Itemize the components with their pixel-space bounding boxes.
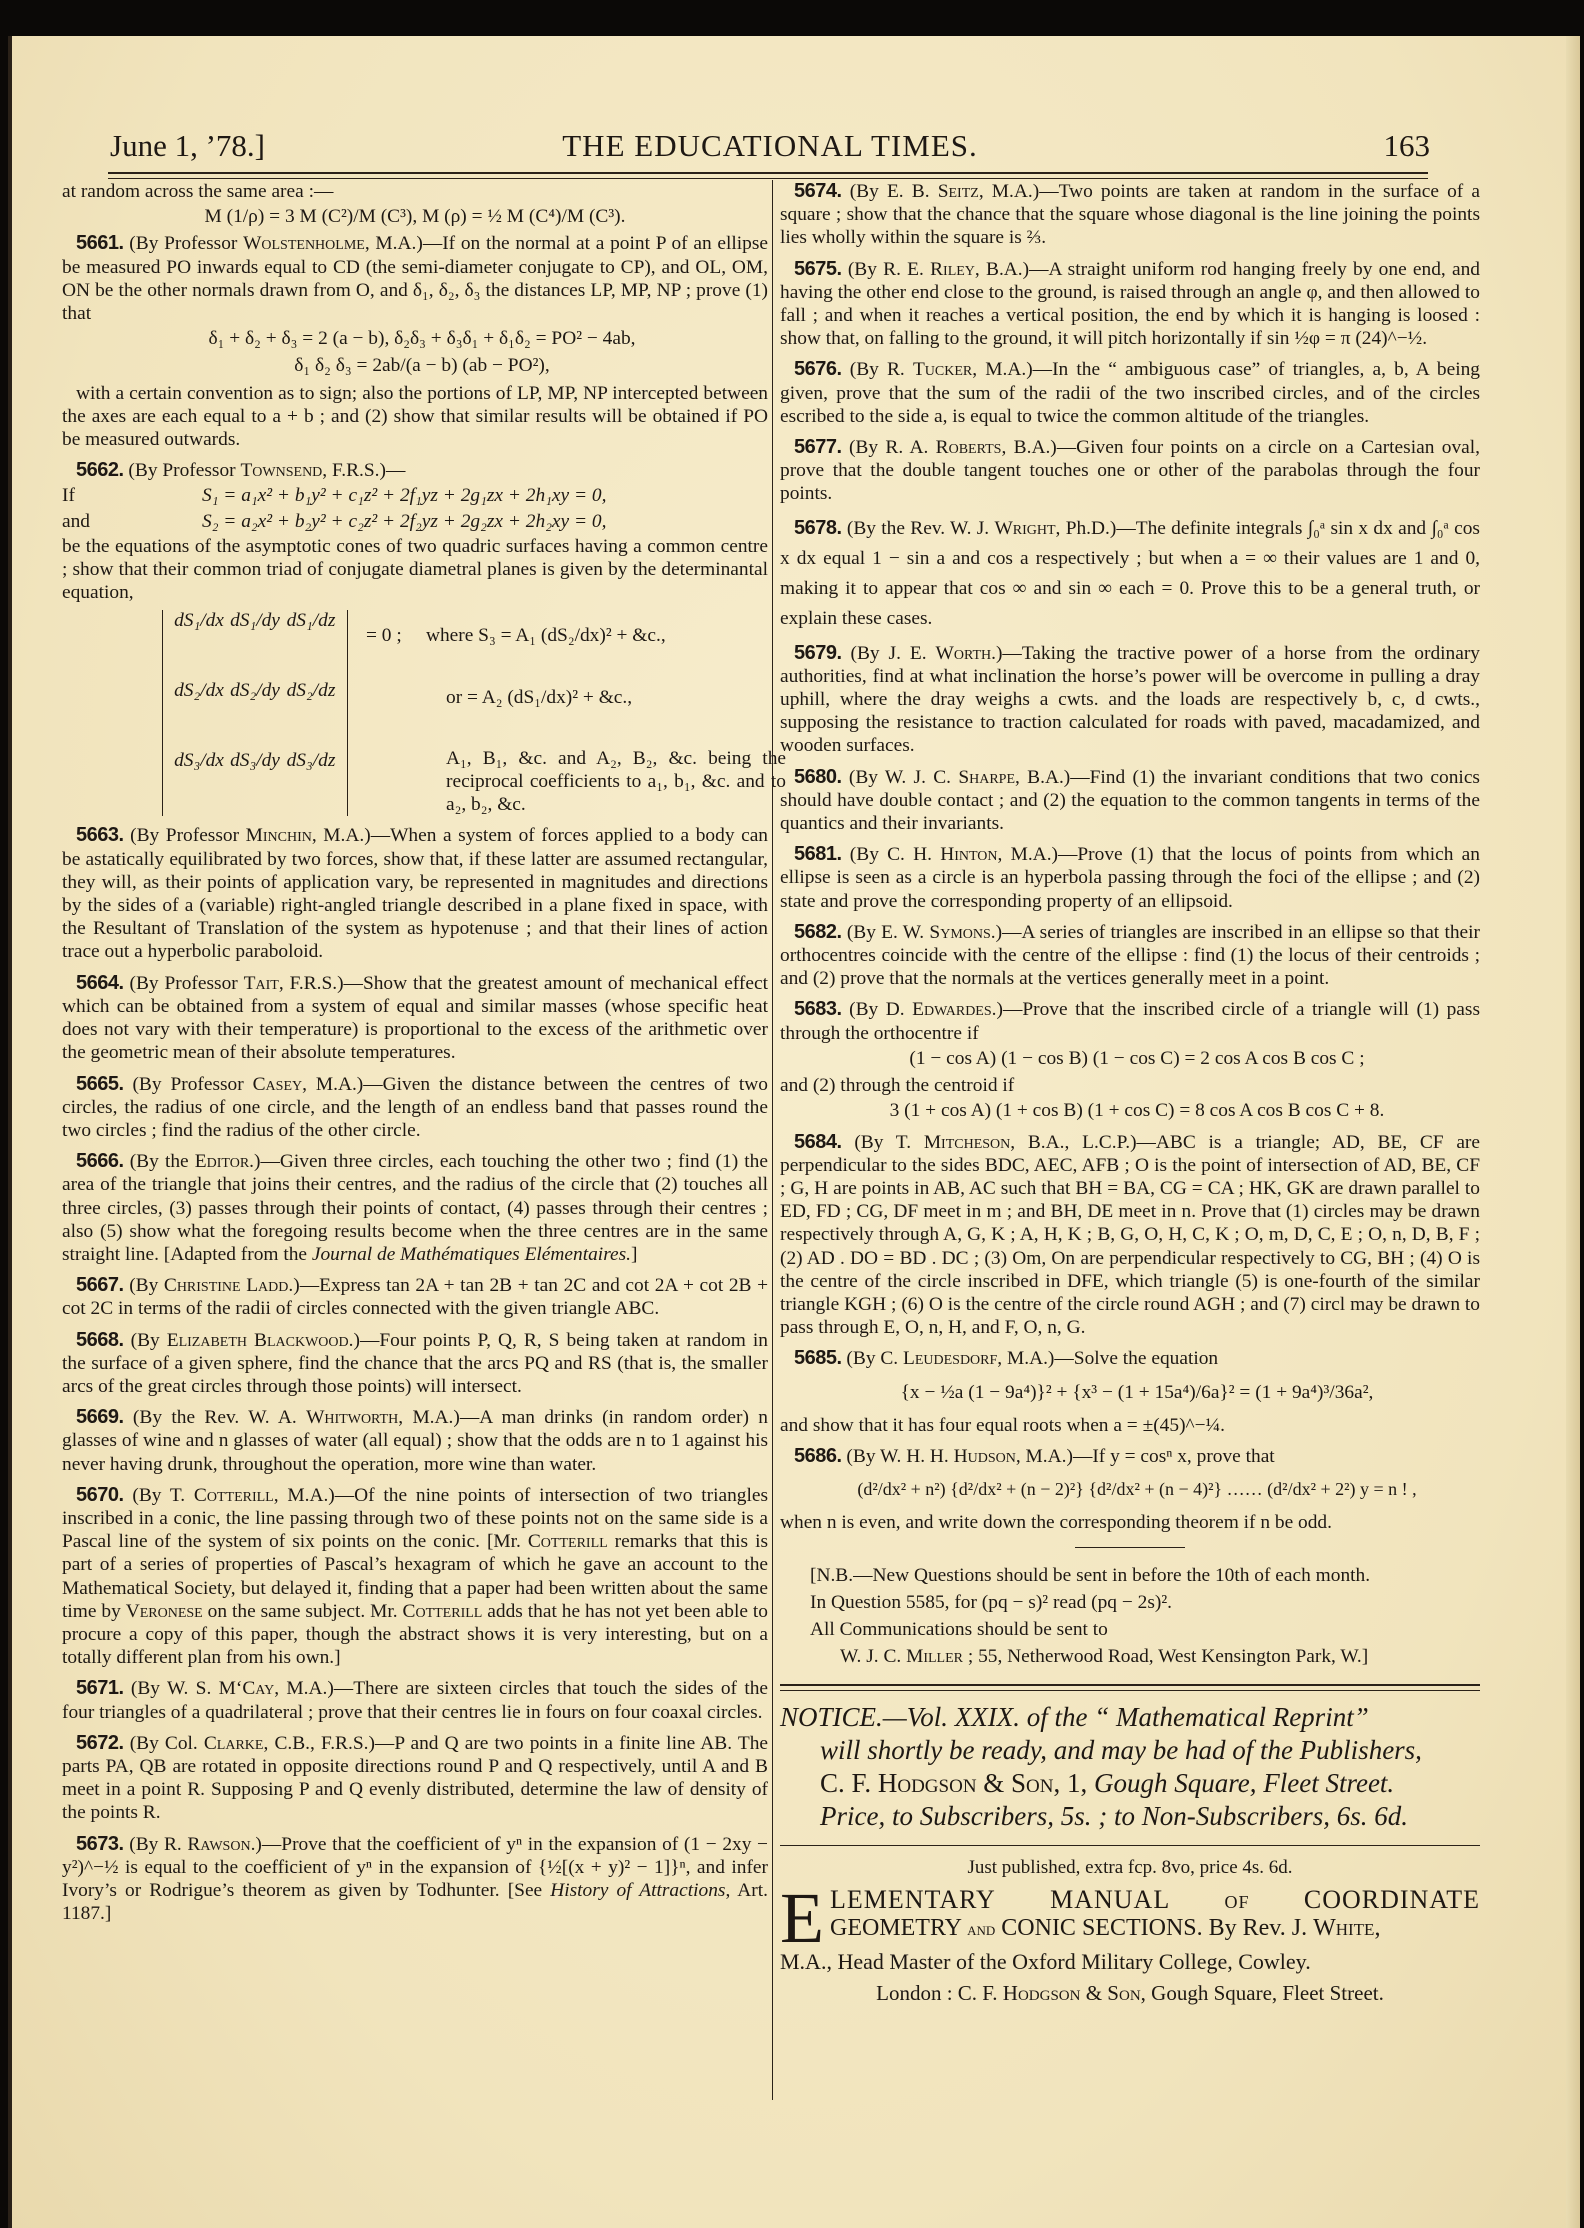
or-clause: or = A₂ (dS₁/dx)² + &c., xyxy=(366,686,786,709)
credentials: , M.A.) xyxy=(1016,1446,1073,1467)
question-text: and (2) through the centroid if xyxy=(780,1074,1480,1097)
notice-rule xyxy=(780,1684,1480,1686)
equation: δ₁ δ₂ δ₃ = 2ab/(a − b) (ab − PO²), xyxy=(62,354,768,377)
coefficient-note: A₁, B₁, &c. and A₂, B₂, &c. being the re… xyxy=(446,747,786,817)
credentials: , B.A.) xyxy=(975,259,1029,280)
credentials: , C.B., F.R.S.) xyxy=(263,1733,374,1754)
byline: (By R. xyxy=(850,359,913,380)
editor-name: W. J. C. Miller xyxy=(840,1646,963,1667)
credentials: , M.A.) xyxy=(312,825,371,846)
ad-text: CONIC SECTIONS. By Rev. J. xyxy=(995,1915,1313,1941)
ad-title-word: COORDINATE xyxy=(1304,1886,1480,1914)
author-name: Cotterill xyxy=(194,1485,274,1506)
credentials: .) xyxy=(991,643,1002,664)
credentials: .) xyxy=(251,1834,262,1855)
author-name: Minchin xyxy=(246,825,312,846)
byline: (By W. H. H. xyxy=(846,1446,953,1467)
question-number: 5671. xyxy=(76,1677,124,1699)
byline: (By J. E. xyxy=(851,643,936,664)
question-5675: 5675. (By R. E. Riley, B.A.)—A straight … xyxy=(780,258,1480,351)
notice-rule-thin xyxy=(780,1690,1480,1691)
question-text: with a certain convention as to sign; al… xyxy=(62,382,768,452)
ad-author: White xyxy=(1313,1915,1374,1941)
just-published-line: Just published, extra fcp. 8vo, price 4s… xyxy=(780,1856,1480,1879)
credentials: , Ph.D.) xyxy=(1056,518,1117,539)
question-number: 5662. xyxy=(76,459,124,481)
reprint-notice: NOTICE.—Vol. XXIX. of the “ Mathematical… xyxy=(780,1701,1480,1833)
byline: (By Professor xyxy=(129,973,243,994)
question-5672: 5672. (By Col. Clarke, C.B., F.R.S.)—P a… xyxy=(62,1732,768,1825)
question-number: 5683. xyxy=(794,998,842,1020)
label: and xyxy=(62,510,202,533)
det-cell: dS₃/dx xyxy=(171,750,227,816)
byline: (By the Rev. W. J. xyxy=(847,518,995,539)
question-5671: 5671. (By W. S. M‘Cay, M.A.)—There are s… xyxy=(62,1677,768,1723)
det-eq-zero: = 0 ; where S₃ = A₁ (dS₂/dx)² + &c., xyxy=(366,624,786,647)
equation: S₁ = a₁x² + b₁y² + c₁z² + 2f₁yz + 2g₁zx … xyxy=(202,485,606,506)
intro-line: at random across the same area :— xyxy=(62,180,768,203)
ad-text: GEOMETRY xyxy=(830,1915,967,1941)
byline: (By Professor xyxy=(128,460,240,481)
question-5661: 5661. (By Professor Wolstenholme, M.A.)—… xyxy=(62,232,768,451)
notice-line: C. F. Hodgson & Son, 1, Gough Square, Fl… xyxy=(780,1767,1480,1800)
question-5683: 5683. (By D. Edwardes.)—Prove that the i… xyxy=(780,998,1480,1122)
credentials: , M.A.) xyxy=(365,233,423,254)
credentials: .) xyxy=(288,1275,299,1296)
question-5668: 5668. (By Elizabeth Blackwood.)—Four poi… xyxy=(62,1329,768,1399)
author-name: Cotterill xyxy=(403,1601,483,1622)
credentials: , M.A.) xyxy=(274,1678,334,1699)
question-number: 5672. xyxy=(76,1732,124,1754)
question-5680: 5680. (By W. J. C. Sharpe, B.A.)—Find (1… xyxy=(780,766,1480,836)
byline: (By W. J. C. xyxy=(849,767,958,788)
author-name: Rawson xyxy=(187,1834,250,1855)
question-5673: 5673. (By R. Rawson.)—Prove that the coe… xyxy=(62,1833,768,1926)
question-number: 5668. xyxy=(76,1329,124,1351)
publisher-line: London : C. F. Hodgson & Son, Gough Squa… xyxy=(780,1982,1480,2005)
question-number: 5677. xyxy=(794,436,842,458)
question-number: 5682. xyxy=(794,921,842,943)
question-number: 5680. xyxy=(794,766,842,788)
byline: (By Professor xyxy=(129,233,243,254)
byline: (By xyxy=(129,1275,164,1296)
question-number: 5676. xyxy=(794,358,842,380)
credentials: , F.R.S.) xyxy=(279,973,344,994)
author-name: Cotterill xyxy=(528,1531,608,1552)
author-name: Whitworth xyxy=(306,1407,398,1428)
question-5685: 5685. (By C. Leudesdorf, M.A.)—Solve the… xyxy=(780,1347,1480,1437)
question-number: 5673. xyxy=(76,1833,124,1855)
det-cell: dS₂/dz xyxy=(283,680,339,746)
question-5664: 5664. (By Professor Tait, F.R.S.)—Show t… xyxy=(62,972,768,1065)
author-name: Roberts xyxy=(936,437,1002,458)
author-name: Sharpe xyxy=(958,767,1015,788)
credentials: , M.A.) xyxy=(398,1407,460,1428)
credentials: , M.A.) xyxy=(274,1485,335,1506)
nb-line: [N.B.—New Questions should be sent in be… xyxy=(810,1564,1480,1587)
question-number: 5681. xyxy=(794,843,842,865)
editor-address: ; 55, Netherwood Road, West Kensington P… xyxy=(963,1646,1368,1667)
byline: (By Professor xyxy=(130,825,245,846)
author-name: Edwardes xyxy=(912,999,992,1020)
question-number: 5666. xyxy=(76,1150,124,1172)
byline: (By E. B. xyxy=(850,181,938,202)
notice-line: will shortly be ready, and may be had of… xyxy=(780,1734,1480,1767)
author-name: Editor xyxy=(195,1151,249,1172)
publisher-address: Gough Square, Fleet Street. xyxy=(1094,1768,1394,1798)
byline: (By C. H. xyxy=(850,844,940,865)
question-number: 5665. xyxy=(76,1073,124,1095)
author-name: Riley xyxy=(930,259,975,280)
author-name: Clarke xyxy=(204,1733,264,1754)
publication-title: THE EDUCATIONAL TIMES. xyxy=(110,128,1430,164)
book-reference: History of Attractions xyxy=(550,1880,725,1901)
communications-line: All Communications should be sent to xyxy=(810,1618,1480,1641)
byline: (By Professor xyxy=(132,1074,252,1095)
question-number: 5678. xyxy=(794,517,842,539)
question-text: —ABC is a triangle; AD, BE, CF are perpe… xyxy=(780,1132,1480,1339)
author-name: Symons xyxy=(929,922,990,943)
question-5684: 5684. (By T. Mitcheson, B.A., L.C.P.)—AB… xyxy=(780,1131,1480,1340)
credentials: .) xyxy=(349,1330,360,1351)
question-5674: 5674. (By E. B. Seitz, M.A.)—Two points … xyxy=(780,180,1480,250)
page-edge xyxy=(1566,36,1580,2228)
credentials: , M.A.) xyxy=(979,181,1039,202)
question-5682: 5682. (By E. W. Symons.)—A series of tri… xyxy=(780,921,1480,991)
label: If xyxy=(62,484,202,507)
author-name: Leudesdorf xyxy=(903,1348,997,1369)
credentials: .) xyxy=(991,922,1002,943)
equation: (1 − cos A) (1 − cos B) (1 − cos C) = 2 … xyxy=(780,1047,1480,1070)
det-cell: dS₃/dz xyxy=(283,750,339,816)
question-5666: 5666. (By the Editor.)—Given three circl… xyxy=(62,1150,768,1266)
byline: (By R. A. xyxy=(849,437,936,458)
byline: (By C. xyxy=(846,1348,903,1369)
det-cell: dS₁/dx xyxy=(171,610,227,676)
question-5670: 5670. (By T. Cotterill, M.A.)—Of the nin… xyxy=(62,1484,768,1670)
author-name: Tucker xyxy=(913,359,972,380)
question-5662: 5662. (By Professor Townsend, F.R.S.)— I… xyxy=(62,459,768,816)
ad-text: and xyxy=(967,1919,995,1939)
column-divider xyxy=(772,180,773,2100)
byline: (By T. xyxy=(854,1132,924,1153)
author-name: Townsend xyxy=(240,460,322,481)
byline: (By R. xyxy=(129,1834,187,1855)
question-5679: 5679. (By J. E. Worth.)—Taking the tract… xyxy=(780,642,1480,758)
question-number: 5670. xyxy=(76,1484,124,1506)
author-name: Seitz xyxy=(938,181,979,202)
question-number: 5661. xyxy=(76,232,124,254)
equation: δ₁ + δ₂ + δ₃ = 2 (a − b), δ₂δ₃ + δ₃δ₁ + … xyxy=(62,327,768,350)
masthead: June 1, ’78.] THE EDUCATIONAL TIMES. 163 xyxy=(110,128,1430,168)
notice-line: Price, to Subscribers, 5s. ; to Non-Subs… xyxy=(780,1800,1480,1833)
publisher-text: London : C. F. xyxy=(876,1981,1003,2005)
author-name: Veronese xyxy=(126,1601,203,1622)
question-5681: 5681. (By C. H. Hinton, M.A.)—Prove (1) … xyxy=(780,843,1480,913)
author-name: Christine Ladd xyxy=(164,1275,289,1296)
author-name: Hudson xyxy=(954,1446,1016,1467)
question-text: when n is even, and write down the corre… xyxy=(780,1511,1480,1534)
author-name: Casey xyxy=(253,1074,303,1095)
question-number: 5669. xyxy=(76,1406,124,1428)
right-column: 5674. (By E. B. Seitz, M.A.)—Two points … xyxy=(780,180,1480,2005)
author-name: Wright xyxy=(994,518,1055,539)
credentials: , B.A.) xyxy=(1001,437,1056,458)
ad-title-word: LEMENTARY xyxy=(830,1886,996,1914)
address: W. J. C. Miller ; 55, Netherwood Road, W… xyxy=(810,1645,1480,1668)
drop-cap: E xyxy=(780,1888,824,1948)
editorial-note: [N.B.—New Questions should be sent in be… xyxy=(780,1564,1480,1669)
author-name: Tait xyxy=(244,973,279,994)
det-cell: dS₂/dy xyxy=(227,680,283,746)
equation: {x − ½a (1 − 9a⁴)}² + {x³ − (1 + 15a⁴)/6… xyxy=(780,1381,1480,1404)
det-cell: dS₃/dy xyxy=(227,750,283,816)
byline: (By R. E. xyxy=(848,259,930,280)
question-text: be the equations of the asymptotic cones… xyxy=(62,535,768,605)
credentials: , M.A.) xyxy=(302,1074,363,1095)
ad-subtitle-line: GEOMETRY and CONIC SECTIONS. By Rev. J. … xyxy=(780,1914,1480,1943)
question-5667: 5667. (By Christine Ladd.)—Express tan 2… xyxy=(62,1274,768,1320)
ad-title-word: MANUAL xyxy=(1050,1886,1170,1914)
erratum-line: In Question 5585, for (pq − s)² read (pq… xyxy=(810,1591,1480,1614)
ad-rule xyxy=(780,1845,1480,1846)
byline: (By xyxy=(131,1330,167,1351)
question-number: 5675. xyxy=(794,258,842,280)
bracket: ] xyxy=(631,1244,637,1265)
question-text: on the same subject. Mr. xyxy=(203,1601,403,1622)
equation-s1: IfS₁ = a₁x² + b₁y² + c₁z² + 2f₁yz + 2g₁z… xyxy=(62,484,768,507)
ad-title-word: of xyxy=(1225,1886,1250,1914)
author-name: Elizabeth Blackwood xyxy=(167,1330,349,1351)
byline: (By E. W. xyxy=(847,922,930,943)
credentials: , F.R.S.)— xyxy=(322,460,405,481)
det-cell: dS₁/dy xyxy=(227,610,283,676)
question-number: 5674. xyxy=(794,180,842,202)
author-name: Worth xyxy=(936,643,992,664)
determinant-block: dS₁/dx dS₁/dy dS₁/dz dS₂/dx dS₂/dy dS₂/d… xyxy=(162,610,768,816)
ad-text: , xyxy=(1374,1915,1380,1941)
author-name: Wolstenholme xyxy=(243,233,365,254)
question-number: 5679. xyxy=(794,642,842,664)
credentials: , M.A.) xyxy=(997,1348,1054,1369)
publisher-name: C. F. Hodgson & Son, 1, xyxy=(820,1768,1094,1798)
question-number: 5663. xyxy=(76,824,124,846)
byline: (By Col. xyxy=(130,1733,204,1754)
credentials: .) xyxy=(249,1151,260,1172)
equation: 3 (1 + cos A) (1 + cos B) (1 + cos C) = … xyxy=(780,1099,1480,1122)
credentials: , B.A., L.C.P.) xyxy=(1010,1132,1136,1153)
question-text: —If y = cosⁿ x, prove that xyxy=(1073,1446,1275,1467)
credentials: .) xyxy=(992,999,1003,1020)
det-equals: = 0 ; xyxy=(366,625,402,646)
byline: (By the Rev. W. A. xyxy=(133,1407,306,1428)
credentials: , M.A.) xyxy=(972,359,1032,380)
equation-s2: andS₂ = a₂x² + b₂y² + c₂z² + 2f₂yz + 2g₂… xyxy=(62,510,768,533)
byline: (By the xyxy=(130,1151,195,1172)
where-clause: where S₃ = A₁ (dS₂/dx)² + &c., xyxy=(426,625,666,646)
equation: (d²/dx² + n²) {d²/dx² + (n − 2)²} {d²/dx… xyxy=(780,1478,1480,1501)
intro-equation: M (1/ρ) = 3 M (C²)/M (C³), M (ρ) = ½ M (… xyxy=(62,205,768,228)
det-cell: dS₂/dx xyxy=(171,680,227,746)
question-number: 5667. xyxy=(76,1274,124,1296)
credentials: , B.A.) xyxy=(1015,767,1070,788)
section-separator xyxy=(1075,1547,1185,1548)
question-number: 5685. xyxy=(794,1347,842,1369)
equation: S₂ = a₂x² + b₂y² + c₂z² + 2f₂yz + 2g₂zx … xyxy=(202,511,606,532)
page-number: 163 xyxy=(1384,128,1431,164)
notice-line: NOTICE.—Vol. XXIX. of the “ Mathematical… xyxy=(780,1701,1480,1734)
ad-author-line: M.A., Head Master of the Oxford Military… xyxy=(780,1948,1480,1976)
author-name: Mitcheson xyxy=(924,1132,1010,1153)
credentials: , M.A.) xyxy=(998,844,1058,865)
question-5663: 5663. (By Professor Minchin, M.A.)—When … xyxy=(62,824,768,963)
byline: (By T. xyxy=(132,1485,194,1506)
det-cell: dS₁/dz xyxy=(283,610,339,676)
determinant: dS₁/dx dS₁/dy dS₁/dz dS₂/dx dS₂/dy dS₂/d… xyxy=(162,610,348,816)
determinant-notes: = 0 ; where S₃ = A₁ (dS₂/dx)² + &c., or … xyxy=(366,610,786,816)
question-number: 5664. xyxy=(76,972,124,994)
header-rule xyxy=(108,172,1428,179)
question-5686: 5686. (By W. H. H. Hudson, M.A.)—If y = … xyxy=(780,1445,1480,1535)
question-5669: 5669. (By the Rev. W. A. Whitworth, M.A.… xyxy=(62,1406,768,1476)
question-text: —Solve the equation xyxy=(1054,1348,1218,1369)
question-number: 5684. xyxy=(794,1131,842,1153)
ad-title-line: LEMENTARY MANUAL of COORDINATE xyxy=(830,1886,1480,1914)
journal-reference: Journal de Mathématiques Elémentaires. xyxy=(312,1244,631,1265)
question-5678: 5678. (By the Rev. W. J. Wright, Ph.D.)—… xyxy=(780,514,1480,634)
question-5665: 5665. (By Professor Casey, M.A.)—Given t… xyxy=(62,1073,768,1143)
publisher-text: , Gough Square, Fleet Street. xyxy=(1141,1981,1384,2005)
byline: (By W. S. xyxy=(131,1678,219,1699)
question-number: 5686. xyxy=(794,1445,842,1467)
author-name: M‘Cay xyxy=(219,1678,275,1699)
question-text: and show that it has four equal roots wh… xyxy=(780,1414,1480,1437)
byline: (By D. xyxy=(849,999,912,1020)
publisher-name: Hodgson & Son xyxy=(1003,1981,1141,2005)
question-5677: 5677. (By R. A. Roberts, B.A.)—Given fou… xyxy=(780,436,1480,506)
question-5676: 5676. (By R. Tucker, M.A.)—In the “ ambi… xyxy=(780,358,1480,428)
left-column: at random across the same area :— M (1/ρ… xyxy=(62,180,768,1933)
author-name: Hinton xyxy=(940,844,997,865)
book-advertisement: E LEMENTARY MANUAL of COORDINATE GEOMETR… xyxy=(780,1886,1480,1976)
